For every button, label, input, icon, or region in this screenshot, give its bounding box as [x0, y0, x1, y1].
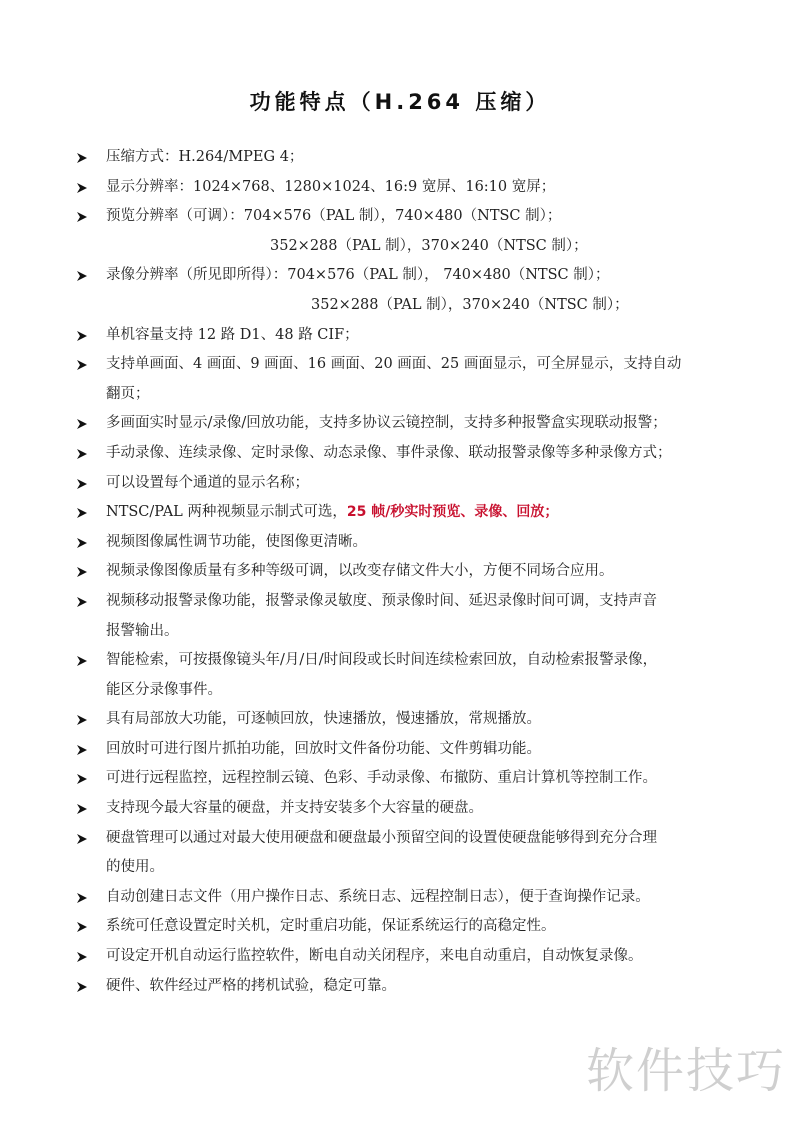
item-text: 视频录像图像质量有多种等级可调，以改变存储文件大小，方便不同场合应用。	[106, 563, 614, 579]
list-item: 硬件、软件经过严格的拷机试验，稳定可靠。	[74, 972, 734, 1002]
list-item: 可进行远程监控，远程控制云镜、色彩、手动录像、布撤防、重启计算机等控制工作。	[74, 764, 734, 794]
list-item: 手动录像、连续录像、定时录像、动态录像、事件录像、联动报警录像等多种录像方式；	[74, 439, 734, 469]
item-text: NTSC/PAL 两种视频显示制式可选，	[106, 504, 347, 520]
item-text: 回放时可进行图片抓拍功能，回放时文件备份功能、文件剪辑功能。	[106, 741, 541, 757]
item-text: 自动创建日志文件（用户操作日志、系统日志、远程控制日志），便于查询操作记录。	[106, 889, 650, 905]
item-text: 手动录像、连续录像、定时录像、动态录像、事件录像、联动报警录像等多种录像方式；	[106, 445, 672, 461]
arrowhead-bullet-icon	[76, 469, 90, 499]
list-item: 视频图像属性调节功能，使图像更清晰。	[74, 528, 734, 558]
arrowhead-bullet-icon	[76, 646, 90, 676]
item-subline: 352×288（PAL 制），370×240（NTSC 制）；	[106, 232, 734, 262]
list-item: NTSC/PAL 两种视频显示制式可选，25 帧/秒实时预览、录像、回放；	[74, 498, 734, 528]
highlighted-text: 25 帧/秒实时预览、录像、回放；	[347, 504, 558, 520]
item-text: 支持单画面、4 画面、9 画面、16 画面、20 画面、25 画面显示，可全屏显…	[106, 356, 681, 372]
arrowhead-bullet-icon	[76, 883, 90, 913]
item-continuation: 的使用。	[106, 853, 734, 883]
arrowhead-bullet-icon	[76, 321, 90, 351]
item-text: 多画面实时显示/录像/回放功能，支持多协议云镜控制，支持多种报警盒实现联动报警；	[106, 415, 667, 431]
item-text: 硬件、软件经过严格的拷机试验，稳定可靠。	[106, 978, 396, 994]
arrowhead-bullet-icon	[76, 735, 90, 765]
arrowhead-bullet-icon	[76, 824, 90, 854]
arrowhead-bullet-icon	[76, 705, 90, 735]
item-text: 显示分辨率：1024×768、1280×1024、16:9 宽屏、16:10 宽…	[106, 179, 555, 195]
arrowhead-bullet-icon	[76, 143, 90, 173]
arrowhead-bullet-icon	[76, 439, 90, 469]
arrowhead-bullet-icon	[76, 557, 90, 587]
page-title: 功能特点（H.264 压缩）	[0, 86, 800, 116]
item-text: 系统可任意设置定时关机，定时重启功能，保证系统运行的高稳定性。	[106, 918, 556, 934]
arrowhead-bullet-icon	[76, 794, 90, 824]
list-item: 支持单画面、4 画面、9 画面、16 画面、20 画面、25 画面显示，可全屏显…	[74, 350, 734, 409]
feature-list: 压缩方式：H.264/MPEG 4； 显示分辨率：1024×768、1280×1…	[74, 143, 734, 1001]
list-item: 支持现今最大容量的硬盘，并支持安装多个大容量的硬盘。	[74, 794, 734, 824]
arrowhead-bullet-icon	[76, 173, 90, 203]
list-item: 系统可任意设置定时关机，定时重启功能，保证系统运行的高稳定性。	[74, 912, 734, 942]
item-text: 硬盘管理可以通过对最大使用硬盘和硬盘最小预留空间的设置使硬盘能够得到充分合理	[106, 830, 657, 846]
arrowhead-bullet-icon	[76, 972, 90, 1002]
list-item: 具有局部放大功能，可逐帧回放，快速播放，慢速播放，常规播放。	[74, 705, 734, 735]
item-text: 支持现今最大容量的硬盘，并支持安装多个大容量的硬盘。	[106, 800, 483, 816]
arrowhead-bullet-icon	[76, 409, 90, 439]
arrowhead-bullet-icon	[76, 350, 90, 380]
item-text: 压缩方式：H.264/MPEG 4；	[106, 149, 303, 165]
arrowhead-bullet-icon	[76, 261, 90, 291]
arrowhead-bullet-icon	[76, 528, 90, 558]
item-text: 视频图像属性调节功能，使图像更清晰。	[106, 534, 367, 550]
list-item: 显示分辨率：1024×768、1280×1024、16:9 宽屏、16:10 宽…	[74, 173, 734, 203]
list-item: 自动创建日志文件（用户操作日志、系统日志、远程控制日志），便于查询操作记录。	[74, 883, 734, 913]
list-item: 多画面实时显示/录像/回放功能，支持多协议云镜控制，支持多种报警盒实现联动报警；	[74, 409, 734, 439]
item-text: 智能检索，可按摄像镜头年/月/日/时间段或长时间连续检索回放，自动检索报警录像，	[106, 652, 657, 668]
list-item: 可设定开机自动运行监控软件，断电自动关闭程序，来电自动重启，自动恢复录像。	[74, 942, 734, 972]
item-text: 可以设置每个通道的显示名称；	[106, 475, 309, 491]
list-item: 预览分辨率（可调）：704×576（PAL 制），740×480（NTSC 制）…	[74, 202, 734, 261]
list-item: 智能检索，可按摄像镜头年/月/日/时间段或长时间连续检索回放，自动检索报警录像，…	[74, 646, 734, 705]
watermark: 软件技巧	[586, 1032, 786, 1101]
list-item: 硬盘管理可以通过对最大使用硬盘和硬盘最小预留空间的设置使硬盘能够得到充分合理 的…	[74, 824, 734, 883]
list-item: 录像分辨率（所见即所得）：704×576（PAL 制）， 740×480（NTS…	[74, 261, 734, 320]
list-item: 视频录像图像质量有多种等级可调，以改变存储文件大小，方便不同场合应用。	[74, 557, 734, 587]
item-text: 可设定开机自动运行监控软件，断电自动关闭程序，来电自动重启，自动恢复录像。	[106, 948, 643, 964]
arrowhead-bullet-icon	[76, 498, 90, 528]
item-text: 可进行远程监控，远程控制云镜、色彩、手动录像、布撤防、重启计算机等控制工作。	[106, 770, 657, 786]
arrowhead-bullet-icon	[76, 764, 90, 794]
list-item: 可以设置每个通道的显示名称；	[74, 469, 734, 499]
item-text: 视频移动报警录像功能，报警录像灵敏度、预录像时间、延迟录像时间可调，支持声音	[106, 593, 657, 609]
item-continuation: 报警输出。	[106, 617, 734, 647]
list-item: 单机容量支持 12 路 D1、48 路 CIF；	[74, 321, 734, 351]
item-subline: 352×288（PAL 制），370×240（NTSC 制）；	[106, 291, 734, 321]
item-text: 具有局部放大功能，可逐帧回放，快速播放，慢速播放，常规播放。	[106, 711, 541, 727]
list-item: 视频移动报警录像功能，报警录像灵敏度、预录像时间、延迟录像时间可调，支持声音 报…	[74, 587, 734, 646]
item-continuation: 翻页；	[106, 380, 734, 410]
list-item: 回放时可进行图片抓拍功能，回放时文件备份功能、文件剪辑功能。	[74, 735, 734, 765]
item-text: 录像分辨率（所见即所得）：704×576（PAL 制）， 740×480（NTS…	[106, 267, 610, 283]
document-page: 功能特点（H.264 压缩） 压缩方式：H.264/MPEG 4； 显示分辨率：…	[0, 0, 800, 1131]
arrowhead-bullet-icon	[76, 942, 90, 972]
item-continuation: 能区分录像事件。	[106, 676, 734, 706]
item-text: 单机容量支持 12 路 D1、48 路 CIF；	[106, 327, 359, 343]
list-item: 压缩方式：H.264/MPEG 4；	[74, 143, 734, 173]
arrowhead-bullet-icon	[76, 587, 90, 617]
arrowhead-bullet-icon	[76, 912, 90, 942]
arrowhead-bullet-icon	[76, 202, 90, 232]
item-text: 预览分辨率（可调）：704×576（PAL 制），740×480（NTSC 制）…	[106, 208, 561, 224]
